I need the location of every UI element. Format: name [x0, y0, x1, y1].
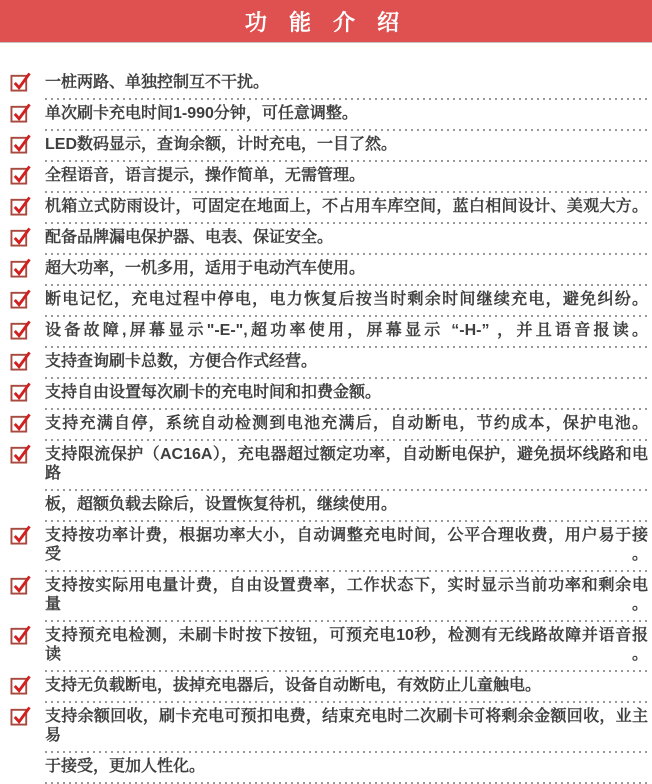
feature-text: 支持自由设置每次刷卡的充电时间和扣费金额。 [45, 379, 648, 410]
feature-text-lines: 设备故障,屏幕显示"-E-",超功率使用，屏幕显示 “-H-” ，并且语音报读。 [45, 317, 648, 348]
checkbox-checked-icon [10, 196, 31, 216]
feature-item: 机箱立式防雨设计，可固定在地面上，不占用车库空间，蓝白相间设计、美观大方。 [10, 193, 648, 224]
feature-text: 支持充满自停，系统自动检测到电池充满后，自动断电，节约成本，保护电池。 [45, 410, 648, 441]
feature-text-lines: 配备品牌漏电保护器、电表、保证安全。 [45, 224, 648, 255]
checkbox-checked-icon [10, 258, 31, 278]
feature-text: 断电记忆，充电过程中停电，电力恢复后按当时剩余时间继续充电，避免纠纷。 [45, 286, 648, 317]
feature-text-lines: 支持按实际用电量计费，自由设置费率，工作状态下，实时显示当前功率和剩余电量。 [45, 572, 648, 622]
feature-item: 全程语音，语言提示，操作简单，无需管理。 [10, 162, 648, 193]
checkbox-checked-icon [10, 289, 31, 309]
feature-item: 支持预充电检测，未刷卡时按下按钮，可预充电10秒，检测有无线路故障并语音报读。 [10, 622, 648, 672]
feature-text: 支持查询刷卡总数，方便合作式经营。 [45, 348, 648, 379]
checkbox-checked-icon [10, 382, 31, 402]
feature-text: 机箱立式防雨设计，可固定在地面上，不占用车库空间，蓝白相间设计、美观大方。 [45, 193, 648, 224]
feature-text: 设备故障,屏幕显示"-E-",超功率使用，屏幕显示 “-H-” ，并且语音报读。 [45, 317, 648, 348]
feature-text-lines: 一桩两路、单独控制互不干扰。 [45, 69, 648, 100]
checkbox-checked-icon [10, 675, 31, 695]
checkbox-checked-icon [10, 134, 31, 154]
feature-text-lines: 超大功率，一机多用，适用于电动汽车使用。 [45, 255, 648, 286]
checkbox-checked-icon [10, 227, 31, 247]
feature-text: 一桩两路、单独控制互不干扰。 [45, 69, 648, 100]
feature-text-lines: 支持余额回收，刷卡充电可预扣电费，结束充电时二次刷卡可将剩余金额回收，业主易于接… [45, 703, 648, 784]
checkbox-checked-icon [10, 351, 31, 371]
feature-text: 超大功率，一机多用，适用于电动汽车使用。 [45, 255, 648, 286]
feature-text-lines: 支持预充电检测，未刷卡时按下按钮，可预充电10秒，检测有无线路故障并语音报读。 [45, 622, 648, 672]
feature-text-lines: 支持查询刷卡总数，方便合作式经营。 [45, 348, 648, 379]
feature-item: 断电记忆，充电过程中停电，电力恢复后按当时剩余时间继续充电，避免纠纷。 [10, 286, 648, 317]
feature-text-lines: 支持自由设置每次刷卡的充电时间和扣费金额。 [45, 379, 648, 410]
feature-item: 单次刷卡充电时间1-990分钟，可任意调整。 [10, 100, 648, 131]
feature-text-lines: 支持按功率计费，根据功率大小，自动调整充电时间，公平合理收费，用户易于接受。 [45, 522, 648, 572]
feature-item: 一桩两路、单独控制互不干扰。 [10, 69, 648, 100]
feature-item: 支持自由设置每次刷卡的充电时间和扣费金额。 [10, 379, 648, 410]
feature-text: 支持按功率计费，根据功率大小，自动调整充电时间，公平合理收费，用户易于接受。 [45, 522, 648, 572]
feature-item: 支持余额回收，刷卡充电可预扣电费，结束充电时二次刷卡可将剩余金额回收，业主易于接… [10, 703, 648, 784]
feature-text: 支持按实际用电量计费，自由设置费率，工作状态下，实时显示当前功率和剩余电量。 [45, 572, 648, 622]
feature-text: 支持无负载断电，拔掉充电器后，设备自动断电，有效防止儿童触电。 [45, 672, 648, 703]
feature-text: 配备品牌漏电保护器、电表、保证安全。 [45, 224, 648, 255]
feature-text-lines: 断电记忆，充电过程中停电，电力恢复后按当时剩余时间继续充电，避免纠纷。 [45, 286, 648, 317]
checkbox-checked-icon [10, 103, 31, 123]
feature-item: 超大功率，一机多用，适用于电动汽车使用。 [10, 255, 648, 286]
checkbox-checked-icon [10, 525, 31, 545]
checkbox-checked-icon [10, 706, 31, 726]
feature-item: 支持限流保护（AC16A），充电器超过额定功率，自动断电保护，避免损坏线路和电路… [10, 441, 648, 522]
feature-text: 全程语音，语言提示，操作简单，无需管理。 [45, 162, 648, 193]
feature-text-lines: 单次刷卡充电时间1-990分钟，可任意调整。 [45, 100, 648, 131]
feature-text: 于接受，更加人性化。 [45, 753, 648, 784]
feature-item: LED数码显示，查询余额，计时充电，一目了然。 [10, 131, 648, 162]
feature-item: 设备故障,屏幕显示"-E-",超功率使用，屏幕显示 “-H-” ，并且语音报读。 [10, 317, 648, 348]
checkbox-checked-icon [10, 444, 31, 464]
checkbox-checked-icon [10, 165, 31, 185]
feature-text: 单次刷卡充电时间1-990分钟，可任意调整。 [45, 100, 648, 131]
feature-text-lines: 支持充满自停，系统自动检测到电池充满后，自动断电，节约成本，保护电池。 [45, 410, 648, 441]
feature-text-lines: 支持无负载断电，拔掉充电器后，设备自动断电，有效防止儿童触电。 [45, 672, 648, 703]
feature-text: 支持预充电检测，未刷卡时按下按钮，可预充电10秒，检测有无线路故障并语音报读。 [45, 622, 648, 672]
feature-item: 支持按功率计费，根据功率大小，自动调整充电时间，公平合理收费，用户易于接受。 [10, 522, 648, 572]
feature-text-lines: 全程语音，语言提示，操作简单，无需管理。 [45, 162, 648, 193]
feature-text: 支持余额回收，刷卡充电可预扣电费，结束充电时二次刷卡可将剩余金额回收，业主易 [45, 703, 648, 753]
feature-text: 支持限流保护（AC16A），充电器超过额定功率，自动断电保护，避免损坏线路和电路 [45, 441, 648, 491]
feature-text: LED数码显示，查询余额，计时充电，一目了然。 [45, 131, 648, 162]
checkbox-checked-icon [10, 625, 31, 645]
header-banner: 功 能 介 绍 [0, 0, 652, 43]
feature-text-lines: LED数码显示，查询余额，计时充电，一目了然。 [45, 131, 648, 162]
checkbox-checked-icon [10, 320, 31, 340]
feature-item: 支持充满自停，系统自动检测到电池充满后，自动断电，节约成本，保护电池。 [10, 410, 648, 441]
feature-item: 配备品牌漏电保护器、电表、保证安全。 [10, 224, 648, 255]
feature-item: 支持无负载断电，拔掉充电器后，设备自动断电，有效防止儿童触电。 [10, 672, 648, 703]
checkbox-checked-icon [10, 413, 31, 433]
feature-list: 一桩两路、单独控制互不干扰。单次刷卡充电时间1-990分钟，可任意调整。LED数… [0, 43, 652, 784]
checkbox-checked-icon [10, 575, 31, 595]
feature-item: 支持查询刷卡总数，方便合作式经营。 [10, 348, 648, 379]
feature-text: 板，超额负载去除后，设置恢复待机，继续使用。 [45, 491, 648, 522]
feature-text-lines: 机箱立式防雨设计，可固定在地面上，不占用车库空间，蓝白相间设计、美观大方。 [45, 193, 648, 224]
feature-text-lines: 支持限流保护（AC16A），充电器超过额定功率，自动断电保护，避免损坏线路和电路… [45, 441, 648, 522]
checkbox-checked-icon [10, 72, 31, 92]
page-title: 功 能 介 绍 [245, 6, 407, 37]
feature-item: 支持按实际用电量计费，自由设置费率，工作状态下，实时显示当前功率和剩余电量。 [10, 572, 648, 622]
